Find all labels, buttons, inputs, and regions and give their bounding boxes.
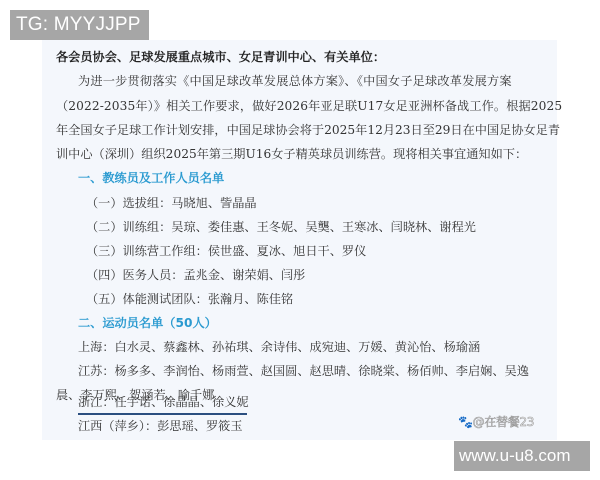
- players-jiangxi: 江西（萍乡）：彭思瑶、罗筱玉: [78, 418, 243, 434]
- watermark-tg-label: TG: MYYJJPP: [10, 10, 149, 40]
- staff-item-selection: （一）选拔组：马晓旭、訾晶晶: [86, 195, 257, 211]
- players-jiangsu: 江苏：杨多多、李润怡、杨雨萱、赵国圆、赵思晴、徐晓棠、杨佰帅、李启娴、吴逸: [78, 363, 529, 379]
- staff-item-camp-work: （三）训练营工作组：侯世盛、夏冰、旭日干、罗仪: [86, 243, 366, 259]
- players-shanghai: 上海：白水灵、蔡鑫林、孙祐琪、余诗伟、成宛迪、万媛、黄沁怡、杨瑜涵: [78, 339, 480, 355]
- intro-line-2: （2022-2035年）》相关工作要求，做好2026年亚足联U17女足亚洲杯备战…: [56, 98, 562, 114]
- intro-line-3: 年全国女子足球工作计划安排，中国足球协会将于2025年12月23日至29日在中国…: [56, 122, 560, 138]
- staff-item-training: （二）训练组：吴琼、娄佳惠、王冬妮、吴龑、王寒冰、闫晓林、谢程光: [86, 219, 476, 235]
- intro-line-4: 训中心（深圳）组织2025年第三期U16女子精英球员训练营。现将相关事宜通知如下…: [56, 146, 527, 162]
- addressee-line: 各会员协会、足球发展重点城市、女足青训中心、有关单位：: [56, 49, 385, 65]
- section2-heading: 二、运动员名单（50人）: [78, 315, 217, 331]
- author-credit-watermark: 🐾@在替餐23: [458, 413, 534, 430]
- intro-line-1: 为进一步贯彻落实《中国足球改革发展总体方案》、《中国女子足球改革发展方案: [78, 73, 512, 89]
- section1-heading: 一、教练员及工作人员名单: [78, 170, 224, 186]
- staff-item-medical: （四）医务人员：孟兆金、谢荣娟、闫彤: [86, 267, 305, 283]
- watermark-site-url: www.u-u8.com: [454, 441, 590, 471]
- highlight-underline: [78, 413, 247, 415]
- staff-item-fitness: （五）体能测试团队：张瀚月、陈佳铭: [86, 291, 293, 307]
- players-zhejiang: 浙江：任宇诺、徐晶晶、徐义妮: [78, 394, 249, 410]
